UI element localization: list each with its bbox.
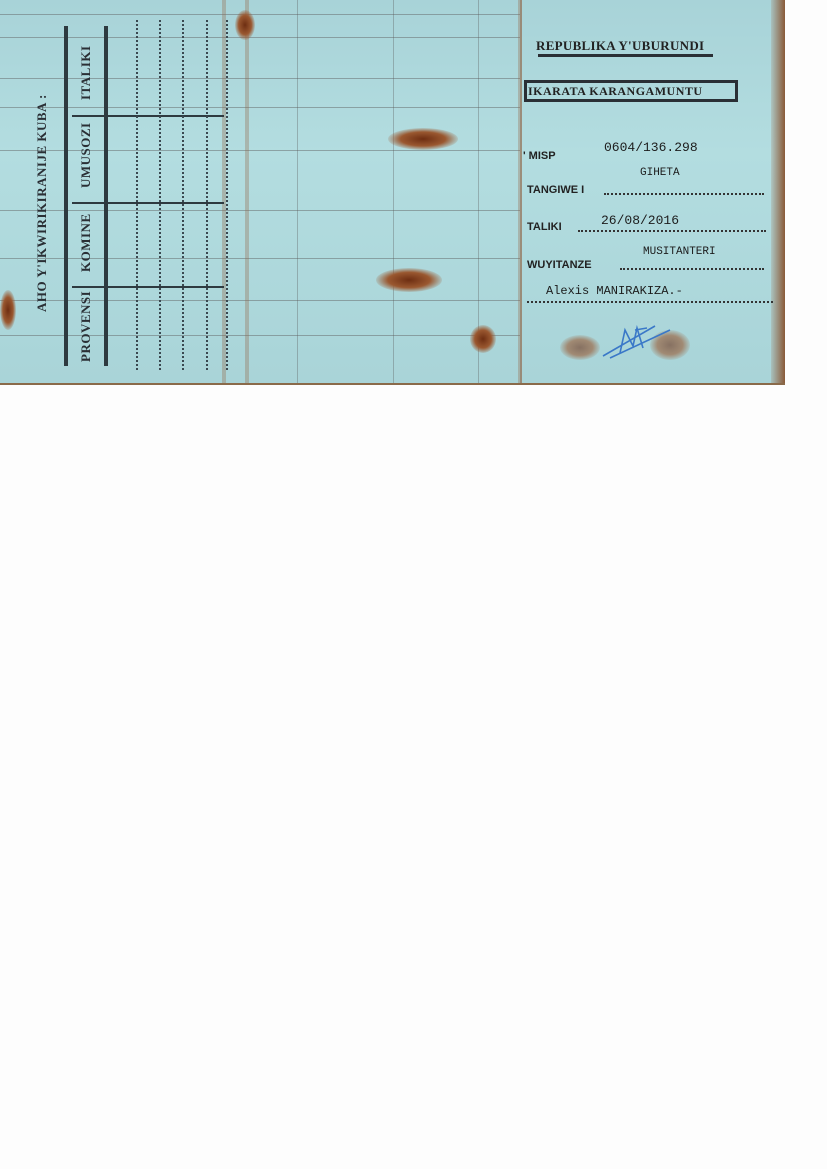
value-italiki: 26/08/2016 xyxy=(601,213,679,228)
card-edge xyxy=(771,0,785,383)
country-title: REPUBLIKA Y'UBURUNDI xyxy=(536,38,704,54)
left-heading: AHO Y'IKWIRIKIRANIJE KUBA : xyxy=(34,94,50,312)
column-komine: KOMINE xyxy=(78,213,94,272)
official-name: Alexis MANIRAKIZA.- xyxy=(546,284,683,298)
column-provensi: PROVENSI xyxy=(78,291,94,362)
card-title: IKARATA KARANGAMUNTU xyxy=(528,84,703,99)
signature-icon xyxy=(595,318,685,363)
value-yatangiwe: GIHETA xyxy=(640,167,680,179)
label-misp: ' MISP xyxy=(523,150,556,162)
label-italiki: TALIKI xyxy=(527,221,562,233)
column-italiki: ITALIKI xyxy=(78,45,94,100)
label-uwuyitanze: WUYITANZE xyxy=(527,259,592,271)
rust-stain xyxy=(388,128,458,150)
value-misp: 0604/136.298 xyxy=(604,140,698,155)
column-umusozi: UMUSOZI xyxy=(78,122,94,188)
rust-stain xyxy=(376,268,442,292)
label-yatangiwe: TANGIWE I xyxy=(527,184,584,196)
country-title-underline xyxy=(538,54,713,57)
value-uwuyitanze: MUSITANTERI xyxy=(643,246,716,258)
